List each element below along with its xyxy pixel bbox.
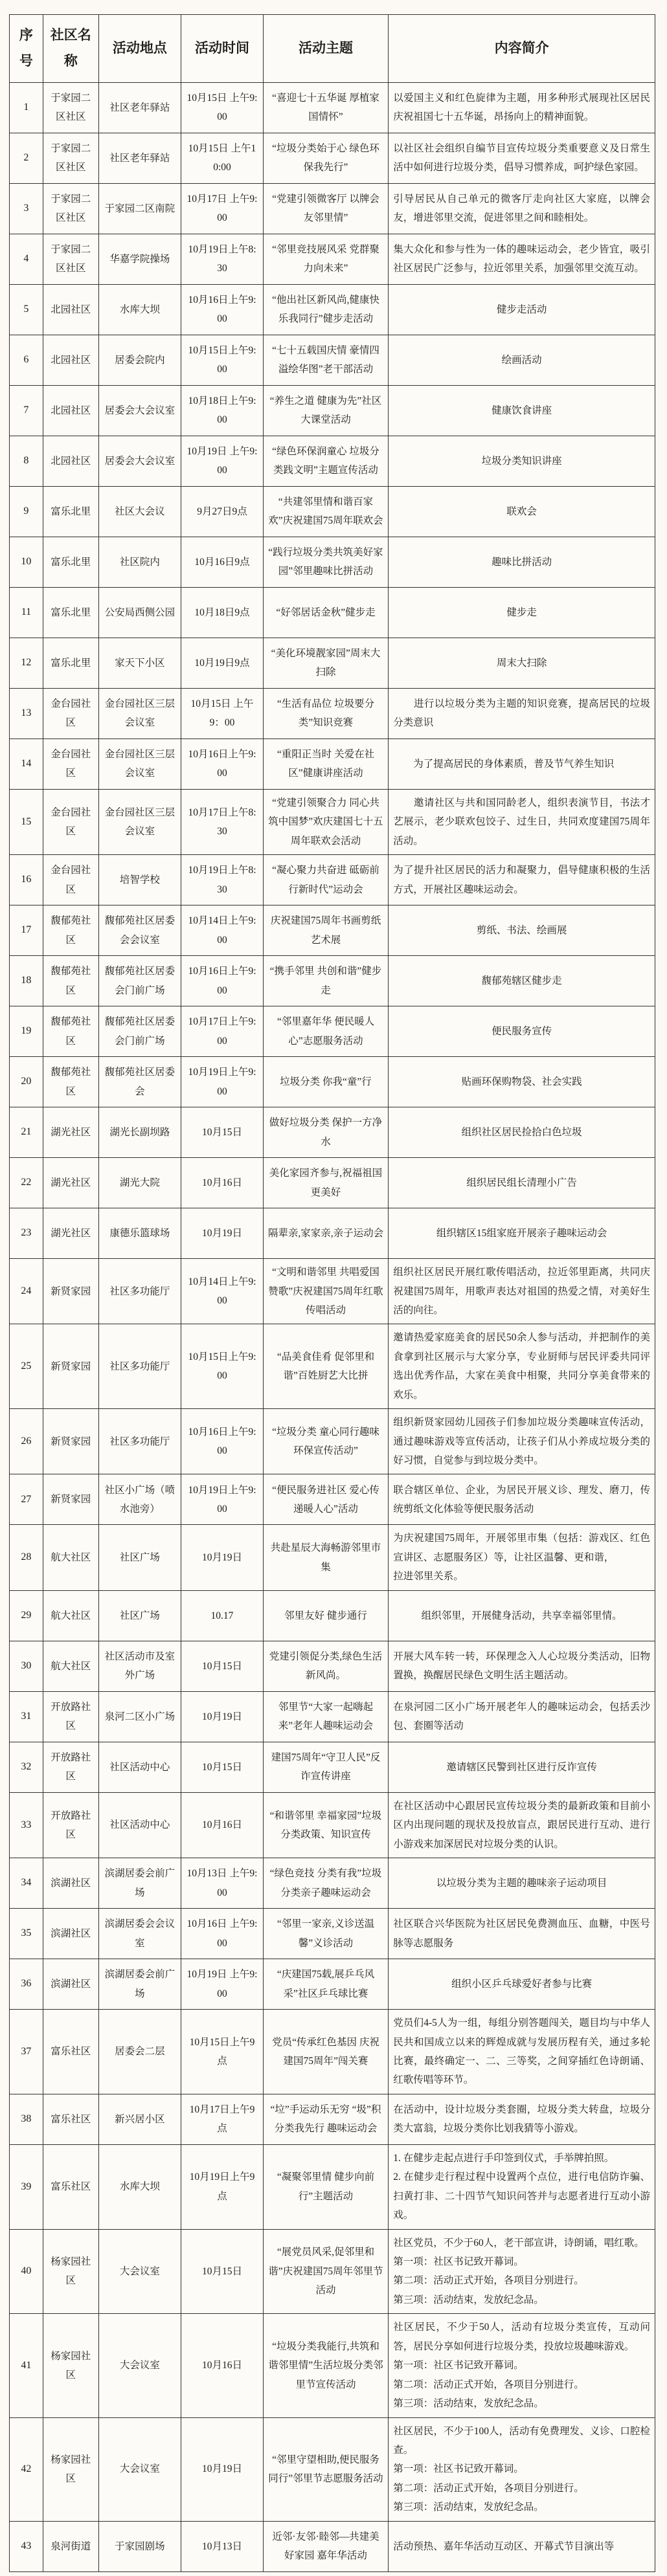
cell-content: 进行以垃圾分类为主题的知识竞赛，提高居民的垃圾分类意识 (389, 688, 655, 738)
cell-time: 10月19日 (181, 1691, 264, 1742)
cell-community: 馥郁苑社区 (43, 956, 98, 1006)
table-row: 37富乐社区居委会二层10月15日上午9点党员“传承红色基因 庆祝建国75周年”… (10, 2010, 655, 2094)
cell-community: 馥郁苑社区 (43, 1057, 98, 1107)
cell-time: 10月18日上午9:00 (181, 385, 264, 436)
cell-no: 8 (10, 436, 43, 486)
cell-no: 22 (10, 1158, 43, 1208)
table-row: 43泉河街道于家园剧场10月13日近邻·友邻·睦邻—共建美好家园 嘉年华活动活动… (10, 2521, 655, 2571)
table-row: 32开放路社区社区活动中心10月15日建国75周年“守卫人民”反诈宣传讲座邀请辖… (10, 1742, 655, 1792)
cell-no: 23 (10, 1208, 43, 1259)
cell-content: 以垃圾分类为主题的趣味亲子运动项目 (389, 1858, 655, 1909)
cell-location: 金台园社区三层会议室 (98, 738, 181, 789)
cell-community: 于家园二区社区 (43, 82, 98, 133)
cell-location: 水库大坝 (98, 2144, 181, 2229)
cell-content: 在泉河园二区小广场开展老年人的趣味运动会，包括丢沙包、套圈等活动 (389, 1691, 655, 1742)
cell-theme: 共赴星辰大海畅游邻里市集 (263, 1525, 388, 1590)
cell-location: 社区大会议 (98, 486, 181, 537)
cell-time: 10月16日上午9:00 (181, 956, 264, 1006)
table-row: 8北园社区居委会大会议室10月19日 上午9:00“绿色环保润童心 垃圾分类践文… (10, 436, 655, 486)
cell-content: 组织居民组长清理小广告 (389, 1158, 655, 1208)
cell-community: 开放路社区 (43, 1691, 98, 1742)
cell-time: 10月14日上午9:00 (181, 905, 264, 956)
table-row: 4于家园二区社区华嘉学院操场10月19日上午8:30“邻里竞技展风采 党群聚力向… (10, 234, 655, 284)
cell-content: 开展大风车转一转，环保理念入人心垃圾分类活动，旧物置换，换醒居民绿色文明生活主题… (389, 1641, 655, 1691)
cell-time: 10月18日9点 (181, 587, 264, 638)
cell-community: 富乐北里 (43, 486, 98, 537)
cell-content: 集大众化和参与性为一体的趣味运动会，老少皆宜，吸引社区居民广泛参与，拉近邻里关系… (389, 234, 655, 284)
table-row: 10富乐北里社区院内10月16日9点“践行垃圾分类共筑美好家园”邻里趣味比拼活动… (10, 537, 655, 587)
cell-location: 社区广场 (98, 1525, 181, 1590)
cell-location: 新兴居小区 (98, 2094, 181, 2144)
cell-time: 10月19日9点 (181, 638, 264, 688)
column-header-time: 活动时间 (181, 15, 264, 83)
cell-theme: “党建引领微客厅 以牌会友邻里情” (263, 183, 388, 234)
cell-time: 10月15日上午9点 (181, 2010, 264, 2094)
cell-location: 华嘉学院操场 (98, 234, 181, 284)
cell-time: 10月13日 (181, 2521, 264, 2571)
table-row: 34滨湖社区滨湖居委会前广场10月13日 上午9:00“绿色竞技 分类有我”垃圾… (10, 1858, 655, 1909)
cell-content: 引导居民从自己单元的微客厅走向社区大家庭，以牌会友，增进邻里交流，促进邻里之间和… (389, 183, 655, 234)
cell-no: 36 (10, 1959, 43, 2010)
cell-location: 社区老年驿站 (98, 82, 181, 133)
cell-time: 10月17日上午9点 (181, 2094, 264, 2144)
cell-location: 馥郁苑社区居委会 (98, 1057, 181, 1107)
table-row: 42杨家园社区大会议室10月19日“邻里守望相助,便民服务同行”邻里节志愿服务活… (10, 2417, 655, 2521)
cell-location: 居委会二层 (98, 2010, 181, 2094)
cell-location: 金台园社区三层会议室 (98, 688, 181, 738)
cell-location: 社区多功能厅 (98, 1409, 181, 1474)
cell-theme: 建国75周年“守卫人民”反诈宣传讲座 (263, 1742, 388, 1792)
column-header-theme: 活动主题 (263, 15, 388, 83)
cell-theme: 党员“传承红色基因 庆祝建国75周年”闯关赛 (263, 2010, 388, 2094)
cell-content: 为了提高居民的身体素质，普及节气养生知识 (389, 738, 655, 789)
cell-no: 4 (10, 234, 43, 284)
table-row: 11富乐北里公安局西侧公园10月18日9点“好邻居话金秋”健步走健步走 (10, 587, 655, 638)
cell-content: 以社区社会组织自编节目宣传垃圾分类重要意义及日常生活中如何进行垃圾分类，倡导习惯… (389, 133, 655, 183)
cell-community: 北园社区 (43, 335, 98, 385)
document-page: 序号社区名称活动地点活动时间活动主题内容简介 1于家园二区社区社区老年驿站10月… (0, 0, 667, 2576)
column-header-community: 社区名称 (43, 15, 98, 83)
cell-content: 联欢会 (389, 486, 655, 537)
cell-content: 健康饮食讲座 (389, 385, 655, 436)
cell-community: 北园社区 (43, 436, 98, 486)
cell-time: 10.17 (181, 1590, 264, 1641)
cell-theme: “邻里一家亲,义诊送温馨”义诊活动 (263, 1909, 388, 1959)
cell-community: 杨家园社区 (43, 2417, 98, 2521)
cell-theme: “凝心聚力共奋进 砥砺前行新时代”运动会 (263, 855, 388, 905)
cell-theme: “生活有品位 垃圾要分类”知识竞赛 (263, 688, 388, 738)
cell-no: 9 (10, 486, 43, 537)
cell-time: 10月17日上午8:30 (181, 789, 264, 854)
cell-theme: “绿色竞技 分类有我”垃圾分类亲子趣味运动会 (263, 1858, 388, 1909)
cell-location: 社区院内 (98, 537, 181, 587)
cell-content: 邀请热爱家庭美食的居民50余人参与活动，并把制作的美食拿到社区展示与大家分享，专… (389, 1324, 655, 1409)
cell-theme: 邻里节“大家一起嗨起来”老年人趣味运动会 (263, 1691, 388, 1742)
cell-location: 社区老年驿站 (98, 133, 181, 183)
cell-no: 40 (10, 2229, 43, 2314)
cell-community: 于家园二区社区 (43, 234, 98, 284)
cell-time: 10月19日上午9:00 (181, 1057, 264, 1107)
cell-no: 34 (10, 1858, 43, 1909)
cell-no: 33 (10, 1792, 43, 1858)
cell-time: 10月19日 (181, 2417, 264, 2521)
table-row: 33开放路社区社区活动中心10月16日“和谐邻里 幸福家园”垃圾分类政策、知识宣… (10, 1792, 655, 1858)
table-row: 30航大社区社区活动市及室外广场10月15日党建引领促分类,绿色生活新风尚。开展… (10, 1641, 655, 1691)
table-row: 22湖光社区湖光大院10月16日美化家园齐参与,祝福祖国更美好组织居民组长清理小… (10, 1158, 655, 1208)
cell-content: 组织社区居民捡拾白色垃圾 (389, 1107, 655, 1158)
cell-no: 7 (10, 385, 43, 436)
cell-location: 水库大坝 (98, 284, 181, 335)
cell-theme: “他出社区新风尚,健康快乐我同行”健步走活动 (263, 284, 388, 335)
cell-no: 12 (10, 638, 43, 688)
table-row: 7北园社区居委会大会议室10月18日上午9:00“养生之道 健康为先”社区大课堂… (10, 385, 655, 436)
cell-location: 泉河二区小广场 (98, 1691, 181, 1742)
cell-no: 16 (10, 855, 43, 905)
cell-location: 湖光大院 (98, 1158, 181, 1208)
cell-community: 航大社区 (43, 1590, 98, 1641)
cell-content: 贴画环保购物袋、社会实践 (389, 1057, 655, 1107)
table-row: 25新贤家园社区多功能厅10月15日上午9:00“品美食佳肴 促邻里和谐”百姓厨… (10, 1324, 655, 1409)
cell-location: 大会议室 (98, 2417, 181, 2521)
cell-location: 社区多功能厅 (98, 1324, 181, 1409)
cell-community: 金台园社区 (43, 688, 98, 738)
cell-time: 10月14日上午9:00 (181, 1259, 264, 1324)
table-row: 18馥郁苑社区馥郁苑社区居委会门前广场10月16日上午9:00“携手邻里 共创和… (10, 956, 655, 1006)
table-row: 21湖光社区湖光长副坝路10月15日做好垃圾分类 保护一方净水组织社区居民捡拾白… (10, 1107, 655, 1158)
cell-theme: “践行垃圾分类共筑美好家园”邻里趣味比拼活动 (263, 537, 388, 587)
cell-time: 10月19日 (181, 1525, 264, 1590)
cell-location: 馥郁苑社区居委会门前广场 (98, 1006, 181, 1057)
cell-time: 10月16日9点 (181, 537, 264, 587)
cell-no: 5 (10, 284, 43, 335)
cell-no: 42 (10, 2417, 43, 2521)
cell-no: 17 (10, 905, 43, 956)
header-row: 序号社区名称活动地点活动时间活动主题内容简介 (10, 15, 655, 83)
cell-no: 37 (10, 2010, 43, 2094)
cell-time: 10月15日 (181, 1742, 264, 1792)
cell-community: 滨湖社区 (43, 1858, 98, 1909)
cell-theme: “垃”手运动乐无穷 “圾”积分类我先行 趣味运动会 (263, 2094, 388, 2144)
cell-theme: 美化家园齐参与,祝福祖国更美好 (263, 1158, 388, 1208)
cell-theme: “携手邻里 共创和谐”健步走 (263, 956, 388, 1006)
table-row: 2于家园二区社区社区老年驿站10月15日 上午10:00“垃圾分类始于心 绿色环… (10, 133, 655, 183)
cell-content: 1. 在健步走起点进行手印签到仪式，手举牌拍照。 2. 在健步走行程过程中设置两… (389, 2144, 655, 2229)
cell-community: 新贤家园 (43, 1324, 98, 1409)
cell-no: 14 (10, 738, 43, 789)
column-header-content: 内容简介 (389, 15, 655, 83)
cell-theme: “七十五载国庆情 豪情四溢绘华图”老干部活动 (263, 335, 388, 385)
cell-theme: “品美食佳肴 促邻里和谐”百姓厨艺大比拼 (263, 1324, 388, 1409)
cell-time: 10月15日上午9:00 (181, 1324, 264, 1409)
cell-community: 富乐北里 (43, 638, 98, 688)
cell-no: 6 (10, 335, 43, 385)
cell-community: 开放路社区 (43, 1792, 98, 1858)
table-row: 36滨湖社区滨湖居委会前广场10月19日 上午9:00“庆建国75载,展乒乓风采… (10, 1959, 655, 2010)
cell-content: 馥郁苑辖区健步走 (389, 956, 655, 1006)
cell-content: 在活动中，设计垃圾分类套圈，垃圾分类大转盘，垃圾分类大富翁，垃圾分类你比划我猜等… (389, 2094, 655, 2144)
cell-time: 9月27日9点 (181, 486, 264, 537)
cell-location: 居委会院内 (98, 335, 181, 385)
cell-community: 富乐北里 (43, 587, 98, 638)
cell-theme: 做好垃圾分类 保护一方净水 (263, 1107, 388, 1158)
cell-no: 15 (10, 789, 43, 854)
cell-location: 湖光长副坝路 (98, 1107, 181, 1158)
cell-theme: 邻里友好 健步通行 (263, 1590, 388, 1641)
cell-no: 28 (10, 1525, 43, 1590)
cell-community: 湖光社区 (43, 1107, 98, 1158)
cell-content: 组织新贤家园幼儿园孩子们参加垃圾分类趣味宣传活动，通过趣味游戏等宣传活动，让孩子… (389, 1409, 655, 1474)
cell-theme: “庆建国75载,展乒乓风采”社区乒乓球比赛 (263, 1959, 388, 2010)
cell-no: 43 (10, 2521, 43, 2571)
cell-content: 在社区活动中心跟居民宣传垃圾分类的最新政策和目前小区内出现问题的现状及投放盲点，… (389, 1792, 655, 1858)
cell-time: 10月16日 (181, 1158, 264, 1208)
cell-time: 10月15日 上午10:00 (181, 133, 264, 183)
cell-community: 航大社区 (43, 1525, 98, 1590)
cell-no: 24 (10, 1259, 43, 1324)
table-row: 23湖光社区康德乐篮球场10月19日隔辈亲,家家亲,亲子运动会组织辖区15组家庭… (10, 1208, 655, 1259)
cell-theme: 党建引领促分类,绿色生活新风尚。 (263, 1641, 388, 1691)
cell-theme: “邻里守望相助,便民服务同行”邻里节志愿服务活动 (263, 2417, 388, 2521)
cell-no: 29 (10, 1590, 43, 1641)
cell-community: 北园社区 (43, 385, 98, 436)
cell-no: 38 (10, 2094, 43, 2144)
table-row: 1于家园二区社区社区老年驿站10月15日 上午9:00“喜迎七十五华诞 厚植家国… (10, 82, 655, 133)
cell-time: 10月15日 (181, 2229, 264, 2314)
cell-time: 10月16日上午9:00 (181, 1409, 264, 1474)
table-row: 14金台园社区金台园社区三层会议室10月16日上午9:00“重阳正当时 关爱在社… (10, 738, 655, 789)
cell-content: 健步走活动 (389, 284, 655, 335)
cell-time: 10月15日 (181, 1641, 264, 1691)
cell-no: 21 (10, 1107, 43, 1158)
cell-time: 10月17日 上午9:00 (181, 183, 264, 234)
cell-no: 19 (10, 1006, 43, 1057)
table-row: 20馥郁苑社区馥郁苑社区居委会10月19日上午9:00垃圾分类 你我“童”行贴画… (10, 1057, 655, 1107)
cell-location: 滨湖居委会前广场 (98, 1858, 181, 1909)
cell-time: 10月15日上午9:00 (181, 335, 264, 385)
cell-content: 便民服务宣传 (389, 1006, 655, 1057)
cell-location: 滨湖居委会前广场 (98, 1959, 181, 2010)
cell-content: 邀请辖区民警到社区进行反诈宣传 (389, 1742, 655, 1792)
cell-content: 活动预热、嘉年华活动互动区、开幕式节目演出等 (389, 2521, 655, 2571)
cell-time: 10月16日 上午9:00 (181, 1909, 264, 1959)
table-row: 38富乐社区新兴居小区10月17日上午9点“垃”手运动乐无穷 “圾”积分类我先行… (10, 2094, 655, 2144)
cell-no: 31 (10, 1691, 43, 1742)
cell-no: 13 (10, 688, 43, 738)
cell-time: 10月19日 (181, 1208, 264, 1259)
table-row: 12富乐北里家天下小区10月19日9点“美化环境靓家园”周末大扫除周末大扫除 (10, 638, 655, 688)
cell-community: 于家园二区社区 (43, 133, 98, 183)
cell-location: 于家园剧场 (98, 2521, 181, 2571)
cell-location: 社区活动市及室外广场 (98, 1641, 181, 1691)
table-row: 39富乐社区水库大坝10月19日上午9点“凝聚邻里情 健步向前行”主题活动1. … (10, 2144, 655, 2229)
cell-time: 10月19日上午9:00 (181, 1474, 264, 1525)
cell-theme: “养生之道 健康为先”社区大课堂活动 (263, 385, 388, 436)
cell-location: 社区小广场（喷水池旁） (98, 1474, 181, 1525)
table-row: 17馥郁苑社区馥郁苑社区居委会会议室10月14日上午9:00庆祝建国75周年书画… (10, 905, 655, 956)
cell-no: 32 (10, 1742, 43, 1792)
cell-content: 社区居民，不少于100人，活动有免费理发、义诊、口腔检查。 第一项：社区书记致开… (389, 2417, 655, 2521)
cell-community: 馥郁苑社区 (43, 905, 98, 956)
cell-no: 26 (10, 1409, 43, 1474)
cell-theme: “共建邻里情和谐百家欢”庆祝建国75周年联欢会 (263, 486, 388, 537)
cell-no: 10 (10, 537, 43, 587)
cell-time: 10月19日 上午9:00 (181, 436, 264, 486)
cell-theme: “美化环境靓家园”周末大扫除 (263, 638, 388, 688)
cell-time: 10月16日 (181, 2314, 264, 2417)
cell-theme: 近邻·友邻·睦邻—共建美好家园 嘉年华活动 (263, 2521, 388, 2571)
cell-content: 联合辖区单位、企业，为居民开展义诊、理发、磨刀，传统剪纸文化体验等便民服务活动 (389, 1474, 655, 1525)
cell-community: 新贤家园 (43, 1259, 98, 1324)
cell-theme: “绿色环保润童心 垃圾分类践文明”主题宣传活动 (263, 436, 388, 486)
column-header-location: 活动地点 (98, 15, 181, 83)
cell-theme: “好邻居话金秋”健步走 (263, 587, 388, 638)
cell-community: 富乐社区 (43, 2094, 98, 2144)
cell-time: 10月19日上午8:30 (181, 234, 264, 284)
cell-no: 39 (10, 2144, 43, 2229)
cell-content: 组织邻里，开展健身活动，共享幸福邻里情。 (389, 1590, 655, 1641)
cell-community: 富乐北里 (43, 537, 98, 587)
cell-location: 于家园二区南院 (98, 183, 181, 234)
table-row: 24新贤家园社区多功能厅10月14日上午9:00“文明和谐邻里 共唱爱国赞歌”庆… (10, 1259, 655, 1324)
cell-time: 10月19日上午8:30 (181, 855, 264, 905)
cell-content: 剪纸、书法、绘画展 (389, 905, 655, 956)
cell-theme: “和谐邻里 幸福家园”垃圾分类政策、知识宣传 (263, 1792, 388, 1858)
cell-community: 于家园二区社区 (43, 183, 98, 234)
table-row: 5北园社区水库大坝10月16日上午9:00“他出社区新风尚,健康快乐我同行”健步… (10, 284, 655, 335)
cell-time: 10月16日上午9:00 (181, 738, 264, 789)
cell-theme: “党建引领聚合力 同心共筑中国梦”欢庆建国七十五周年联欢会活动 (263, 789, 388, 854)
table-row: 3于家园二区社区于家园二区南院10月17日 上午9:00“党建引领微客厅 以牌会… (10, 183, 655, 234)
cell-location: 馥郁苑社区居委会会议室 (98, 905, 181, 956)
cell-theme: “重阳正当时 关爱在社区”健康讲座活动 (263, 738, 388, 789)
cell-theme: “喜迎七十五华诞 厚植家国情怀” (263, 82, 388, 133)
cell-theme: “邻里竞技展风采 党群聚力向未来” (263, 234, 388, 284)
cell-location: 馥郁苑社区居委会门前广场 (98, 956, 181, 1006)
table-row: 29航大社区社区广场10.17邻里友好 健步通行组织邻里，开展健身活动，共享幸福… (10, 1590, 655, 1641)
cell-no: 30 (10, 1641, 43, 1691)
cell-community: 富乐社区 (43, 2144, 98, 2229)
cell-theme: “凝聚邻里情 健步向前行”主题活动 (263, 2144, 388, 2229)
cell-theme: “展党员风采,促邻里和谐”庆祝建国75周年邻里节活动 (263, 2229, 388, 2314)
cell-time: 10月16日 (181, 1792, 264, 1858)
table-row: 9富乐北里社区大会议9月27日9点“共建邻里情和谐百家欢”庆祝建国75周年联欢会… (10, 486, 655, 537)
cell-theme: “邻里嘉年华 便民暖人心”志愿服务活动 (263, 1006, 388, 1057)
table-row: 41杨家园社区大会议室10月16日“垃圾分类我能行,共筑和谐邻里情”生活垃圾分类… (10, 2314, 655, 2417)
cell-community: 金台园社区 (43, 789, 98, 854)
cell-content: 社区联合兴华医院为社区居民免费测血压、血糖，中医号脉等志愿服务 (389, 1909, 655, 1959)
cell-location: 家天下小区 (98, 638, 181, 688)
cell-location: 居委会大会议室 (98, 385, 181, 436)
table-row: 27新贤家园社区小广场（喷水池旁）10月19日上午9:00“便民服务进社区 爱心… (10, 1474, 655, 1525)
cell-community: 富乐社区 (43, 2010, 98, 2094)
cell-location: 社区活动中心 (98, 1742, 181, 1792)
cell-no: 25 (10, 1324, 43, 1409)
cell-theme: “垃圾分类 童心同行趣味环保宣传活动” (263, 1409, 388, 1474)
community-activity-table: 序号社区名称活动地点活动时间活动主题内容简介 1于家园二区社区社区老年驿站10月… (9, 14, 655, 2572)
table-row: 6北园社区居委会院内10月15日上午9:00“七十五载国庆情 豪情四溢绘华图”老… (10, 335, 655, 385)
cell-time: 10月15日 (181, 1107, 264, 1158)
cell-community: 开放路社区 (43, 1742, 98, 1792)
cell-location: 社区活动中心 (98, 1792, 181, 1858)
cell-location: 大会议室 (98, 2229, 181, 2314)
table-header: 序号社区名称活动地点活动时间活动主题内容简介 (10, 15, 655, 83)
cell-time: 10月13日 上午9:00 (181, 1858, 264, 1909)
cell-content: 组织辖区15组家庭开展亲子趣味运动会 (389, 1208, 655, 1259)
cell-location: 滨湖居委会会议室 (98, 1909, 181, 1959)
cell-community: 滨湖社区 (43, 1959, 98, 2010)
table-row: 15金台园社区金台园社区三层会议室10月17日上午8:30“党建引领聚合力 同心… (10, 789, 655, 854)
cell-location: 金台园社区三层会议室 (98, 789, 181, 854)
table-row: 26新贤家园社区多功能厅10月16日上午9:00“垃圾分类 童心同行趣味环保宣传… (10, 1409, 655, 1474)
table-row: 19馥郁苑社区馥郁苑社区居委会门前广场10月17日上午9:00“邻里嘉年华 便民… (10, 1006, 655, 1057)
cell-community: 新贤家园 (43, 1474, 98, 1525)
cell-content: 组织小区乒乓球爱好者参与比赛 (389, 1959, 655, 2010)
cell-no: 20 (10, 1057, 43, 1107)
cell-location: 培智学校 (98, 855, 181, 905)
cell-content: 为了提升社区居民的活力和凝聚力，倡导健康积极的生活方式，开展社区趣味运动会。 (389, 855, 655, 905)
cell-theme: 隔辈亲,家家亲,亲子运动会 (263, 1208, 388, 1259)
column-header-no: 序号 (10, 15, 43, 83)
cell-no: 18 (10, 956, 43, 1006)
cell-community: 馥郁苑社区 (43, 1006, 98, 1057)
cell-content: 绘画活动 (389, 335, 655, 385)
table-row: 13金台园社区金台园社区三层会议室10月15日 上午9：00“生活有品位 垃圾要… (10, 688, 655, 738)
cell-no: 11 (10, 587, 43, 638)
cell-theme: “垃圾分类始于心 绿色环保我先行” (263, 133, 388, 183)
cell-location: 居委会大会议室 (98, 436, 181, 486)
cell-content: 为庆祝建国75周年，开展邻里市集（包括：游戏区、红色宣讲区、志愿服务区）等，让社… (389, 1525, 655, 1590)
table-row: 28航大社区社区广场10月19日共赴星辰大海畅游邻里市集为庆祝建国75周年，开展… (10, 1525, 655, 1590)
cell-no: 41 (10, 2314, 43, 2417)
cell-theme: “便民服务进社区 爱心传递暖人心”活动 (263, 1474, 388, 1525)
cell-no: 3 (10, 183, 43, 234)
cell-content: 健步走 (389, 587, 655, 638)
cell-time: 10月19日 上午9:00 (181, 1959, 264, 2010)
cell-location: 康德乐篮球场 (98, 1208, 181, 1259)
cell-theme: “垃圾分类我能行,共筑和谐邻里情”生活垃圾分类邻里节宣传活动 (263, 2314, 388, 2417)
cell-location: 社区广场 (98, 1590, 181, 1641)
cell-no: 27 (10, 1474, 43, 1525)
cell-community: 湖光社区 (43, 1208, 98, 1259)
cell-content: 组织社区居民开展红歌传唱活动，拉近邻里距离，共同庆祝建国75周年，用歌声表达对祖… (389, 1259, 655, 1324)
cell-content: 周末大扫除 (389, 638, 655, 688)
cell-community: 滨湖社区 (43, 1909, 98, 1959)
cell-time: 10月16日上午9:00 (181, 284, 264, 335)
cell-content: 垃圾分类知识讲座 (389, 436, 655, 486)
cell-community: 新贤家园 (43, 1409, 98, 1474)
cell-time: 10月19日上午9点 (181, 2144, 264, 2229)
cell-theme: 庆祝建国75周年书画剪纸艺术展 (263, 905, 388, 956)
cell-community: 北园社区 (43, 284, 98, 335)
cell-no: 2 (10, 133, 43, 183)
cell-location: 社区多功能厅 (98, 1259, 181, 1324)
cell-community: 杨家园社区 (43, 2314, 98, 2417)
cell-content: 以爱国主义和红色旋律为主题，用多种形式展现社区居民庆祝祖国七十五华诞，昂扬向上的… (389, 82, 655, 133)
cell-theme: 垃圾分类 你我“童”行 (263, 1057, 388, 1107)
cell-no: 1 (10, 82, 43, 133)
cell-content: 趣味比拼活动 (389, 537, 655, 587)
cell-theme: “文明和谐邻里 共唱爱国赞歌”庆祝建国75周年红歌传唱活动 (263, 1259, 388, 1324)
table-row: 40杨家园社区大会议室10月15日“展党员风采,促邻里和谐”庆祝建国75周年邻里… (10, 2229, 655, 2314)
table-row: 35滨湖社区滨湖居委会会议室10月16日 上午9:00“邻里一家亲,义诊送温馨”… (10, 1909, 655, 1959)
cell-community: 航大社区 (43, 1641, 98, 1691)
cell-time: 10月15日 上午9:00 (181, 82, 264, 133)
cell-content: 邀请社区与共和国同龄老人，组织表演节目，书法才艺展示，老少联欢包饺子、过生日，共… (389, 789, 655, 854)
cell-location: 大会议室 (98, 2314, 181, 2417)
cell-community: 杨家园社区 (43, 2229, 98, 2314)
cell-content: 社区居民，不少于50人，活动有垃圾分类宣传，互动问答，居民分享如何进行垃圾分类，… (389, 2314, 655, 2417)
cell-time: 10月15日 上午9：00 (181, 688, 264, 738)
